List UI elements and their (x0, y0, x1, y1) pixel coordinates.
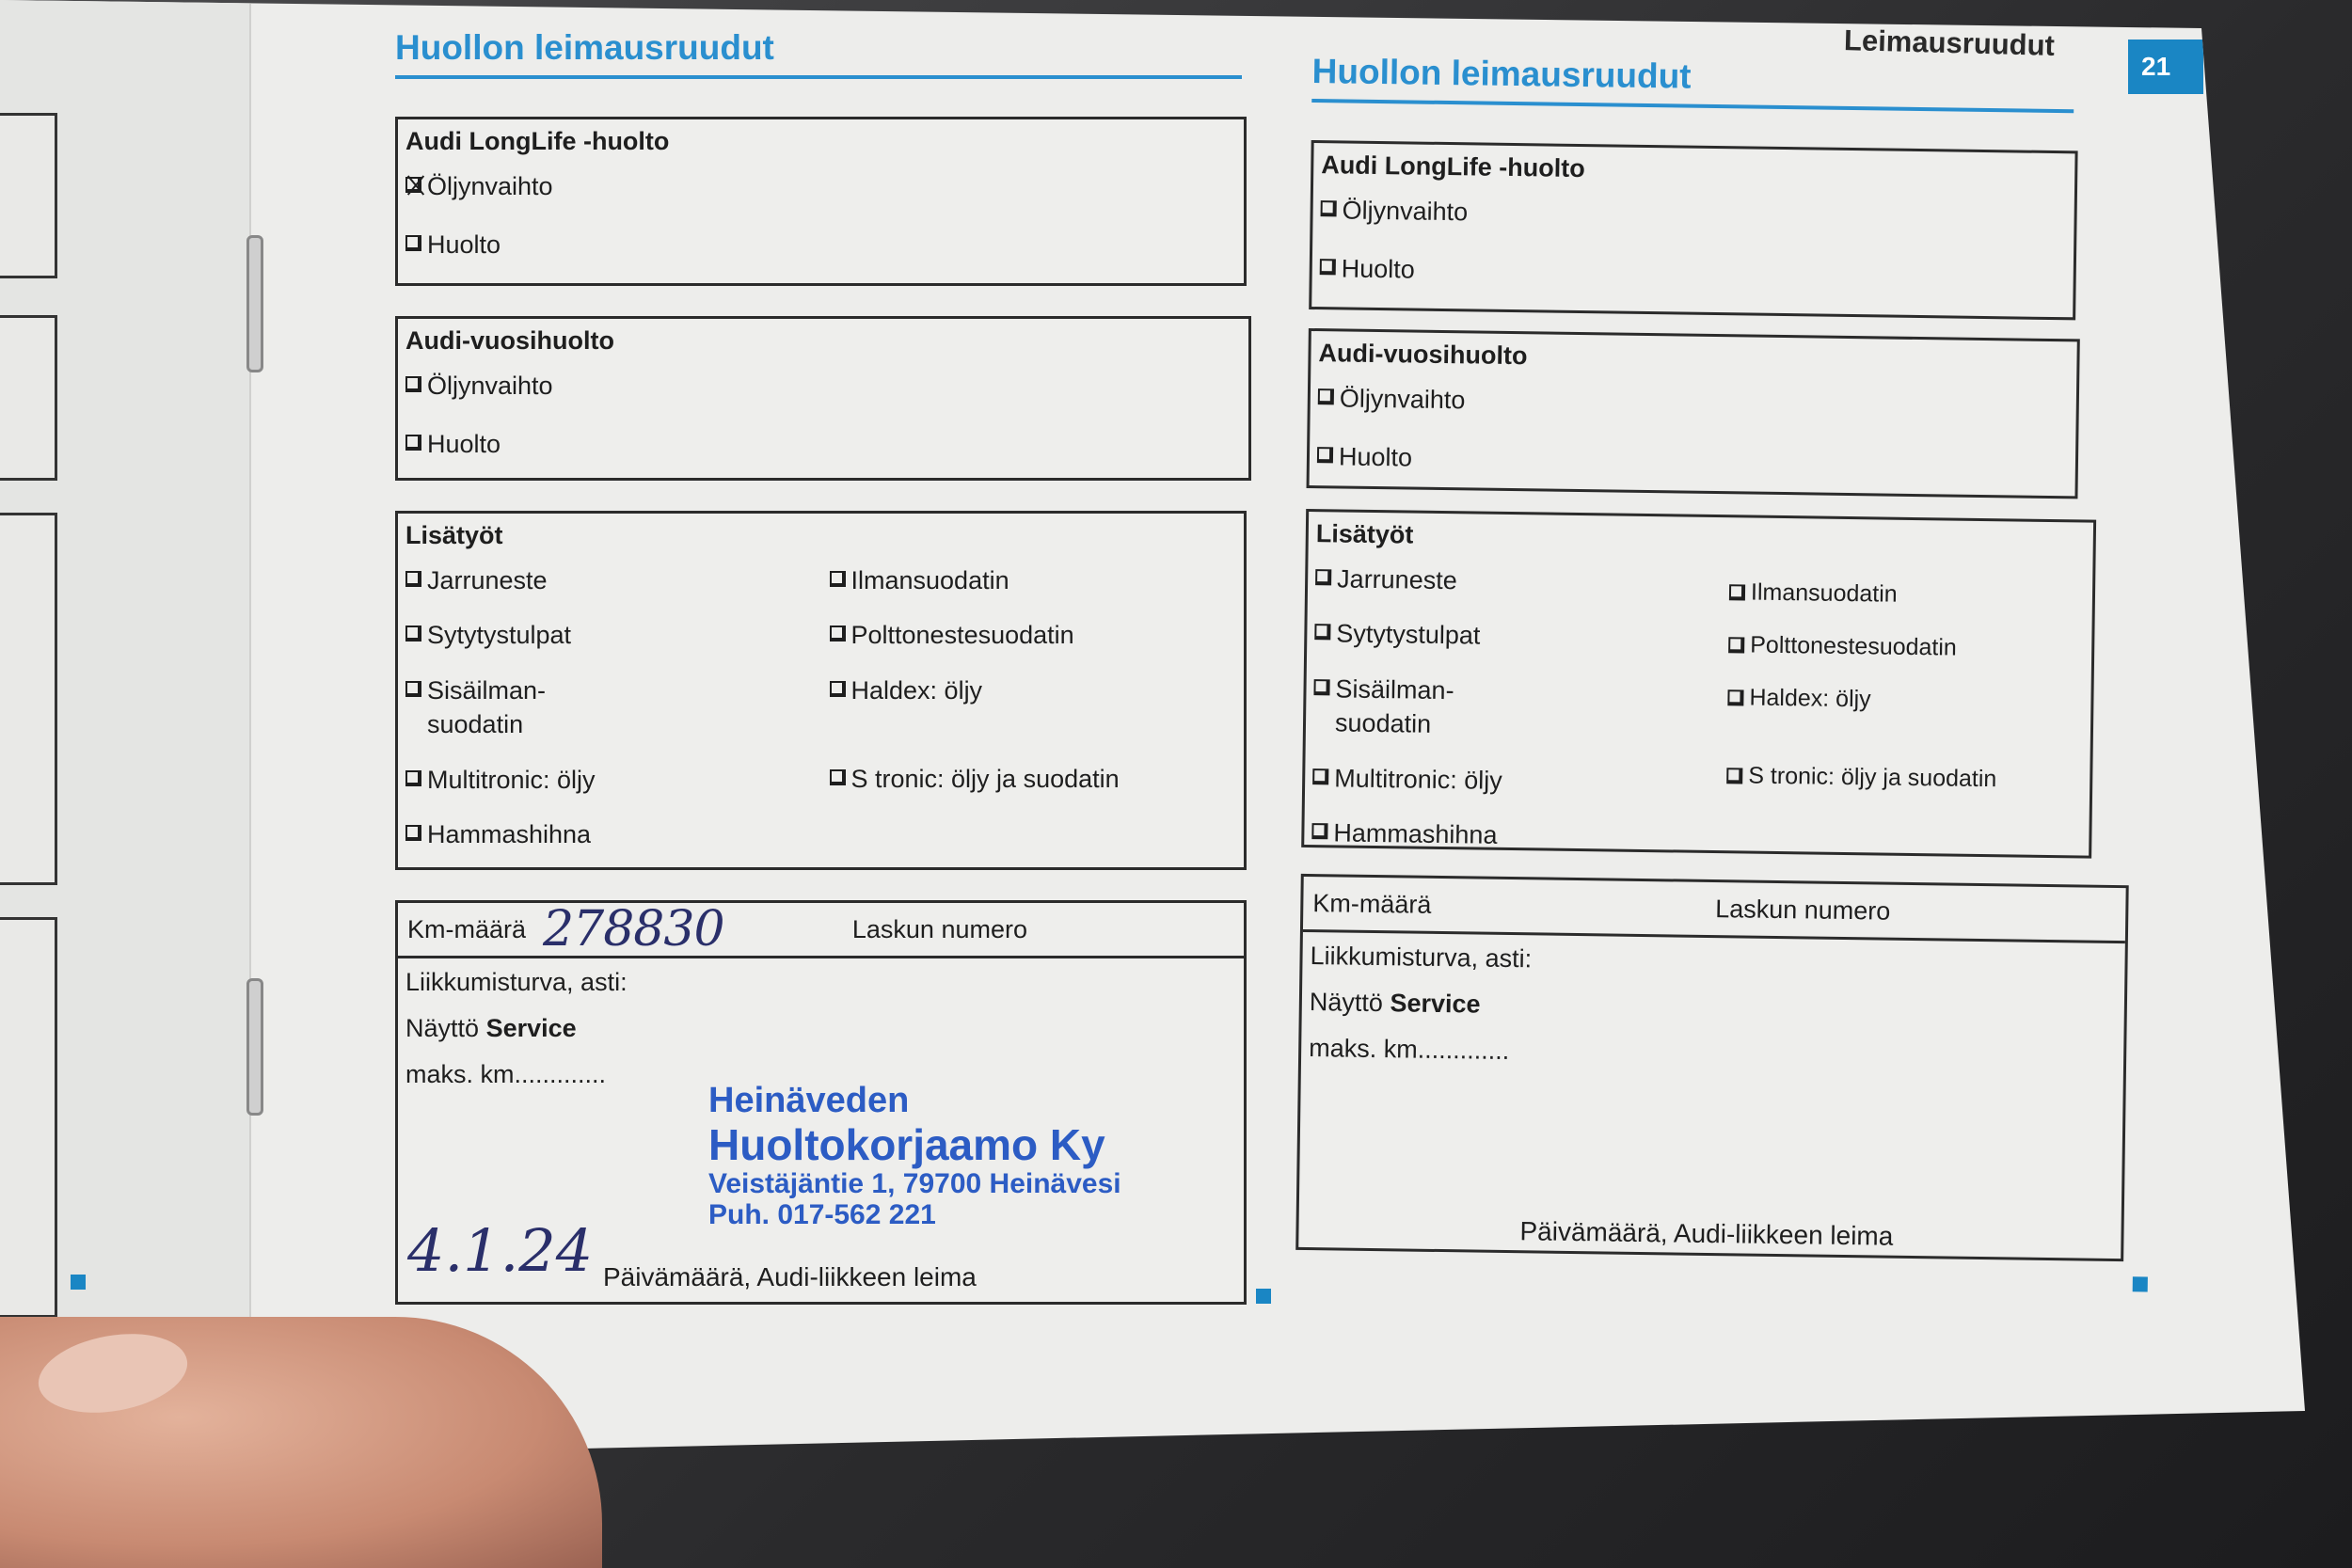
box-title: Audi-vuosihuolto (405, 326, 1239, 356)
checkbox-icon[interactable] (830, 769, 846, 785)
checkbox-extra[interactable]: Polttonestesuodatin (1728, 629, 2082, 666)
mileage-label: Km-määrä (407, 915, 526, 944)
checkbox-label: Öljynvaihto (427, 169, 553, 203)
checkbox-label: Huolto (427, 228, 501, 261)
invoice-number-label: Laskun numero (1715, 895, 1891, 927)
extra-work-grid: Jarruneste Sytytystulpat Sisäilman-suoda… (405, 563, 1234, 873)
mobility-guarantee-field: Liikkumisturva, asti: (1310, 942, 2115, 982)
checkbox-label: Hammashihna (1333, 816, 1498, 853)
checkbox-label: Huolto (1342, 252, 1416, 288)
checkbox-label: Huolto (427, 427, 501, 461)
checkbox-oil-change[interactable]: Öljynvaihto (1318, 381, 2067, 426)
page-marker-square (1256, 1289, 1271, 1304)
checkbox-label: S tronic: öljy ja suodatin (851, 762, 1120, 796)
checkbox-label: Sytytystulpat (427, 618, 571, 652)
checkbox-oil-change[interactable]: Öljynvaihto (405, 169, 1234, 203)
checkbox-icon[interactable] (405, 435, 421, 451)
checkbox-extra[interactable]: Jarruneste (1315, 562, 1710, 601)
mobility-guarantee-field: Liikkumisturva, asti: (405, 968, 1234, 997)
display-service-field: Näyttö Service (405, 1014, 1234, 1043)
previous-page-box (0, 113, 57, 278)
checkbox-checked-icon[interactable] (405, 177, 421, 193)
title-rule (395, 75, 1242, 79)
mileage-row: Km-määrä Laskun numero (1303, 877, 2126, 943)
checkbox-label: Ilmansuodatin (1751, 578, 1898, 611)
checkbox-icon[interactable] (405, 770, 421, 786)
checkbox-icon[interactable] (1321, 200, 1337, 216)
service-booklet: Leimausruudut 21 Huollon leimausruudut A… (0, 0, 2305, 1449)
checkbox-icon[interactable] (1311, 823, 1327, 839)
staple (246, 978, 263, 1116)
display-label: Näyttö (1310, 988, 1383, 1017)
checkbox-oil-change[interactable]: Öljynvaihto (405, 369, 1239, 403)
checkbox-extra[interactable]: Sytytystulpat (405, 618, 811, 652)
checkbox-icon[interactable] (405, 825, 421, 841)
previous-page-box (0, 917, 57, 1318)
checkbox-label: Sisäilman-suodatin (1335, 672, 1474, 742)
max-km-field: maks. km............. (1309, 1034, 2114, 1074)
handwritten-date[interactable]: 4.1.24 (407, 1216, 593, 1285)
checkbox-icon[interactable] (1726, 768, 1742, 784)
box-title: Audi-vuosihuolto (1318, 339, 2067, 378)
previous-page-box (0, 513, 57, 885)
checkbox-icon[interactable] (1313, 679, 1329, 695)
checkbox-label: Sisäilman-suodatin (427, 673, 565, 742)
checkbox-icon[interactable] (1315, 569, 1331, 585)
checkbox-label: Jarruneste (427, 563, 548, 597)
checkbox-extra[interactable]: Haldex: öljy (830, 673, 1235, 707)
page-marker-square (2133, 1276, 2148, 1291)
extra-work-box: Lisätyöt Jarruneste Sytytystulpat Sisäil… (1301, 509, 2096, 859)
checkbox-icon[interactable] (1318, 388, 1334, 404)
date-stamp-label: Päivämäärä, Audi-liikkeen leima (1519, 1216, 1893, 1252)
extra-work-grid: Jarruneste Sytytystulpat Sisäilman-suoda… (1311, 562, 2084, 881)
checkbox-icon[interactable] (405, 626, 421, 641)
checkbox-label: Multitronic: öljy (1334, 761, 1502, 798)
checkbox-icon[interactable] (1320, 260, 1336, 276)
checkbox-icon[interactable] (830, 681, 846, 697)
checkbox-icon[interactable] (830, 626, 846, 641)
box-title: Lisätyöt (1316, 519, 2084, 559)
checkbox-label: Hammashihna (427, 817, 591, 851)
checkbox-icon[interactable] (830, 571, 846, 587)
checkbox-service[interactable]: Huolto (1317, 440, 2066, 485)
display-service-field: Näyttö Service (1310, 988, 2115, 1028)
checkbox-label: Öljynvaihto (427, 369, 553, 403)
section-title: Huollon leimausruudut (395, 28, 1261, 68)
display-label: Näyttö (405, 1014, 479, 1042)
date-stamp-label: Päivämäärä, Audi-liikkeen leima (603, 1262, 977, 1292)
checkbox-label: Ilmansuodatin (851, 563, 1009, 597)
checkbox-icon[interactable] (1729, 584, 1745, 600)
previous-page-box (0, 315, 57, 481)
checkbox-extra[interactable]: Jarruneste (405, 563, 811, 597)
checkbox-extra[interactable]: Sisäilman-suodatin (1313, 672, 1474, 742)
checkbox-label: Polttonestesuodatin (1750, 629, 1957, 664)
checkbox-label: Polttonestesuodatin (851, 618, 1074, 652)
extra-work-box: Lisätyöt Jarruneste Sytytystulpat Sisäil… (395, 511, 1247, 870)
page-marker-square (71, 1275, 86, 1290)
checkbox-extra[interactable]: S tronic: öljy ja suodatin (1726, 760, 2080, 797)
checkbox-service[interactable]: Huolto (1320, 252, 2064, 296)
checkbox-icon[interactable] (1312, 768, 1328, 784)
previous-page-edge (0, 0, 251, 1336)
stamp-address: Veistäjäntie 1, 79700 Heinävesi (708, 1168, 1121, 1199)
stamp-page-left: Huollon leimausruudut Audi LongLife -huo… (395, 28, 1261, 1305)
checkbox-service[interactable]: Huolto (405, 427, 1239, 461)
checkbox-oil-change[interactable]: Öljynvaihto (1320, 193, 2064, 237)
checkbox-label: Multitronic: öljy (427, 763, 596, 797)
longlife-service-box: Audi LongLife -huolto Öljynvaihto Huolto (395, 117, 1247, 286)
checkbox-icon[interactable] (1728, 637, 1744, 653)
checkbox-icon[interactable] (405, 235, 421, 251)
checkbox-icon[interactable] (405, 571, 421, 587)
display-bold-label: Service (486, 1014, 577, 1042)
checkbox-icon[interactable] (405, 376, 421, 392)
checkbox-extra[interactable]: Multitronic: öljy (405, 763, 811, 797)
checkbox-extra[interactable]: Sisäilman-suodatin (405, 673, 565, 742)
staple (246, 235, 263, 372)
checkbox-extra[interactable]: Polttonestesuodatin (830, 618, 1235, 652)
box-title: Audi LongLife -huolto (1321, 150, 2065, 190)
stamp-company: Huoltokorjaamo Ky (708, 1121, 1121, 1169)
checkbox-label: Jarruneste (1337, 562, 1457, 597)
running-header: Leimausruudut (1844, 24, 2056, 63)
service-record-box: Km-määrä 278830 Laskun numero Liikkumist… (395, 900, 1247, 1305)
checkbox-icon[interactable] (405, 681, 421, 697)
annual-service-box: Audi-vuosihuolto Öljynvaihto Huolto (395, 316, 1251, 481)
title-rule (1311, 99, 2074, 113)
stamp-phone: Puh. 017-562 221 (708, 1199, 1121, 1230)
checkbox-label: Huolto (1339, 440, 1413, 476)
checkbox-label: Haldex: öljy (1749, 682, 1871, 716)
checkbox-extra[interactable]: Ilmansuodatin (830, 563, 1235, 597)
display-bold-label: Service (1390, 989, 1481, 1018)
invoice-number-label: Laskun numero (852, 915, 1027, 944)
checkbox-icon[interactable] (1314, 625, 1330, 641)
checkbox-extra[interactable]: Hammashihna (405, 817, 811, 851)
checkbox-extra[interactable]: Sytytystulpat (1314, 617, 1709, 657)
checkbox-icon[interactable] (1317, 448, 1333, 464)
box-title: Audi LongLife -huolto (405, 127, 1234, 156)
checkbox-label: Sytytystulpat (1336, 617, 1481, 654)
checkbox-label: Öljynvaihto (1342, 193, 1468, 229)
checkbox-label: Haldex: öljy (851, 673, 983, 707)
mileage-row: Km-määrä 278830 Laskun numero (398, 903, 1244, 958)
longlife-service-box: Audi LongLife -huolto Öljynvaihto Huolto (1309, 140, 2077, 320)
mileage-label: Km-määrä (1312, 889, 1431, 920)
stamp-line: Heinäveden (708, 1082, 1121, 1121)
checkbox-service[interactable]: Huolto (405, 228, 1234, 261)
annual-service-box: Audi-vuosihuolto Öljynvaihto Huolto (1307, 328, 2080, 499)
checkbox-extra[interactable]: Haldex: öljy (1727, 682, 2081, 719)
checkbox-icon[interactable] (1727, 689, 1743, 705)
checkbox-extra[interactable]: Ilmansuodatin (1729, 577, 2083, 613)
checkbox-extra[interactable]: Multitronic: öljy (1312, 761, 1708, 800)
checkbox-label: S tronic: öljy ja suodatin (1748, 761, 1996, 796)
service-record-box: Km-määrä Laskun numero Liikkumisturva, a… (1295, 874, 2128, 1261)
checkbox-extra[interactable]: Hammashihna (1311, 816, 1707, 855)
dealer-stamp: Heinäveden Huoltokorjaamo Ky Veistäjänti… (708, 1082, 1121, 1230)
checkbox-extra[interactable]: S tronic: öljy ja suodatin (830, 762, 1235, 796)
stamp-page-right: Huollon leimausruudut Audi LongLife -huo… (1295, 52, 2159, 1261)
box-title: Lisätyöt (405, 521, 1234, 550)
checkbox-label: Öljynvaihto (1340, 381, 1466, 417)
mileage-value[interactable]: 278830 (543, 901, 724, 958)
